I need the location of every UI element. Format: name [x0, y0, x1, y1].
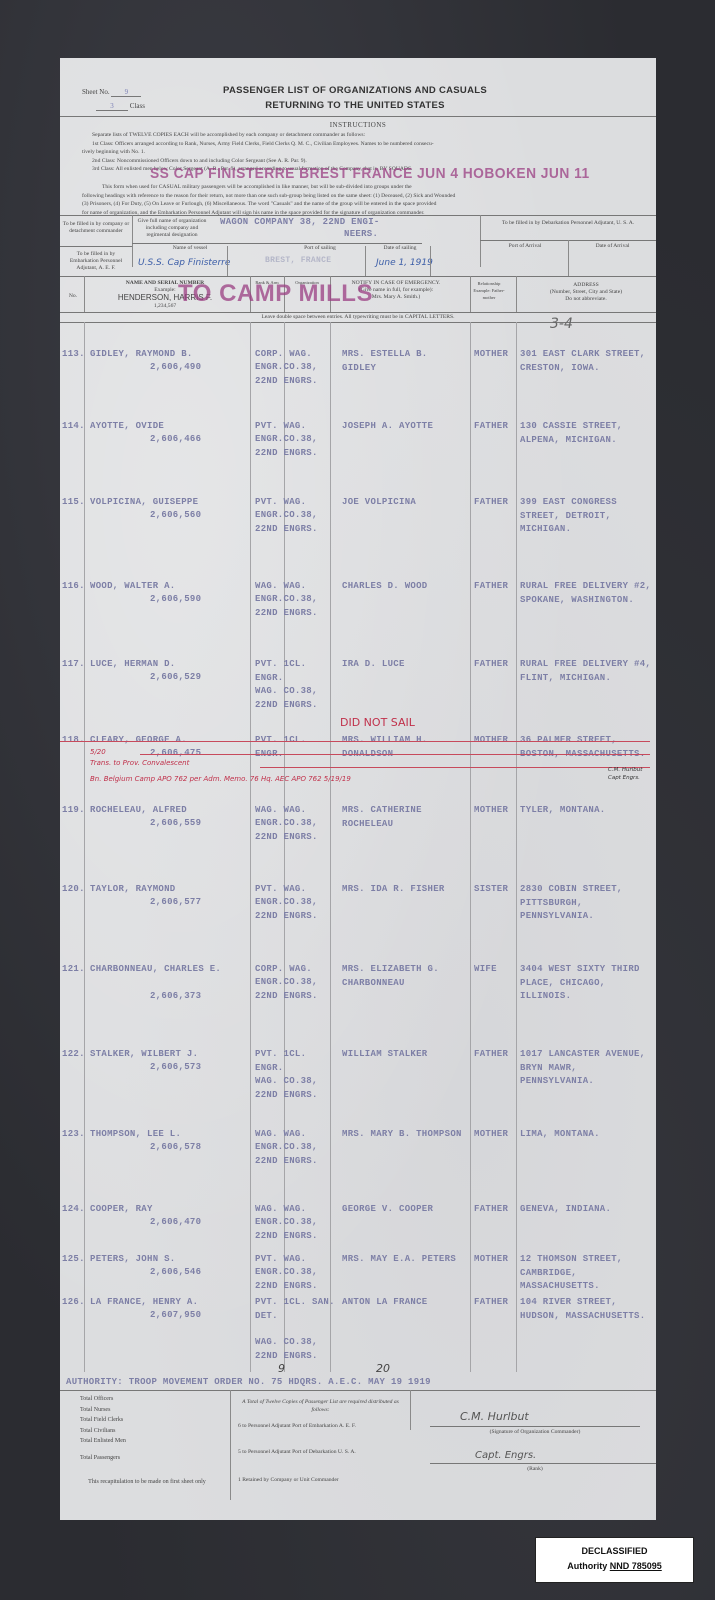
authority-order-correction: 9: [278, 1362, 285, 1375]
arrival-stamp: SS CAP FINISTERRE BREST FRANCE JUN 4 HOB…: [150, 165, 590, 182]
divider: [516, 276, 517, 312]
date-arrival-label: Date of Arrival: [575, 243, 650, 250]
did-not-sail-note: DID NOT SAIL: [340, 716, 415, 729]
declassified-stamp: DECLASSIFIED Authority NND 785095: [535, 1537, 694, 1583]
debark-label: To be filled in by Debarkation Personnel…: [488, 220, 648, 227]
rank-label: (Rank): [430, 1465, 640, 1473]
rank-line: [430, 1463, 656, 1464]
column-rule: [470, 322, 471, 1372]
col-address: ADDRESS (Number, Street, City and State)…: [518, 282, 654, 303]
date-sailing-label: Date of sailing: [370, 245, 430, 252]
sheet-no-value: 9: [111, 88, 141, 97]
page-count-note: 3-4: [550, 316, 573, 332]
divider: [568, 240, 569, 276]
entry-name: GIDLEY, RAYMOND B.: [90, 348, 193, 362]
red-note-date: 5/20: [90, 748, 106, 756]
filled-by-embark-label: To be filled in by Embarkation Personnel…: [62, 251, 130, 272]
entry-rank: CORP. WAG.: [255, 348, 335, 362]
declassified-label: DECLASSIFIED: [536, 1546, 693, 1556]
signature-label: (Signature of Organization Commander): [430, 1428, 640, 1436]
passenger-list-document: Sheet No. 9 3 Class PASSENGER LIST OF OR…: [60, 58, 656, 1520]
port-arrival-label: Port of Arrival: [490, 243, 560, 250]
authority-line: AUTHORITY: TROOP MOVEMENT ORDER NO. 75 H…: [66, 1376, 431, 1390]
divider: [60, 116, 656, 117]
divider: [410, 1390, 411, 1430]
recap-note: This recapitulation to be made on first …: [72, 1478, 222, 1486]
date-sailing-value: June 1, 1919: [376, 258, 433, 268]
rank-signature: Capt. Engrs.: [475, 1450, 536, 1461]
divider: [132, 215, 133, 267]
divider: [480, 215, 481, 267]
port-sailing-value: BREST, FRANCE: [265, 254, 331, 268]
dist-heading: A Total of Twelve Copies of Passenger Li…: [238, 1398, 403, 1414]
red-note-line2: Bn. Belgium Camp APO 762 per Adm. Memo. …: [90, 775, 351, 783]
table-row: 113.: [62, 348, 85, 362]
divider: [132, 243, 422, 244]
commander-signature: C.M. Hurlbut: [460, 1410, 529, 1423]
strikethrough-line: [140, 754, 650, 755]
nnd-number: NND 785095: [610, 1561, 662, 1571]
divider: [430, 246, 431, 276]
totals-list: Total Officers Total Nurses Total Field …: [80, 1394, 230, 1463]
org-label: Give full name of organization including…: [136, 218, 208, 239]
dist-item-1: 6 to Personnel Adjutant Port of Embarkat…: [238, 1422, 403, 1430]
port-sailing-label: Port of sailing: [280, 245, 360, 252]
divider: [84, 276, 85, 312]
title-line-2: RETURNING TO THE UNITED STATES: [190, 100, 520, 111]
signature-line: [430, 1426, 640, 1427]
class-label: 3 Class: [96, 102, 145, 111]
entry-serial: 2,606,490: [150, 361, 201, 375]
declassified-authority: Authority NND 785095: [536, 1561, 693, 1571]
org-value-line2: NEERS.: [344, 228, 378, 242]
red-note-initials: C.M. Hurlbut Capt Engrs.: [608, 766, 656, 782]
entry-notify: MRS. ESTELLA B. GIDLEY: [342, 348, 467, 375]
divider: [230, 1390, 231, 1500]
col-no: No.: [64, 293, 82, 300]
divider: [60, 1390, 656, 1391]
divider: [365, 246, 366, 276]
filled-by-company-label: To be filled in by company or detachment…: [62, 221, 130, 235]
vessel-label: Name of vessel: [150, 245, 230, 252]
divider: [227, 246, 228, 276]
class-value: 3: [96, 102, 128, 111]
column-rule: [516, 322, 517, 1372]
title-line-1: PASSENGER LIST OF ORGANIZATIONS AND CASU…: [190, 85, 520, 96]
strikethrough-line: [260, 767, 650, 768]
divider: [60, 276, 656, 277]
dist-item-2: 5 to Personnel Adjutant Port of Debarkat…: [238, 1448, 403, 1456]
entry-org: ENGR.CO.38, 22ND ENGRS.: [255, 361, 335, 388]
col-relationship: Relationship Example: Father-mother: [472, 280, 506, 301]
entry-address: 301 EAST CLARK STREET, CRESTON, IOWA.: [520, 348, 655, 375]
sheet-no-label: Sheet No. 9: [82, 88, 141, 97]
entry-relation: MOTHER: [474, 348, 508, 362]
divider: [60, 312, 656, 313]
authority-day-correction: 20: [376, 1362, 390, 1375]
instructions-heading: INSTRUCTIONS: [60, 121, 656, 129]
divider: [60, 246, 132, 247]
divider: [470, 276, 471, 312]
camp-mills-stamp: TO CAMP MILLS: [178, 280, 373, 308]
dist-item-3: 1 Retained by Company or Unit Commander: [238, 1476, 403, 1484]
red-note-line1: Trans. to Prov. Convalescent: [90, 759, 189, 767]
strikethrough-line: [60, 741, 650, 742]
column-rule: [250, 322, 251, 1372]
vessel-value: U.S.S. Cap Finisterre: [138, 258, 230, 268]
